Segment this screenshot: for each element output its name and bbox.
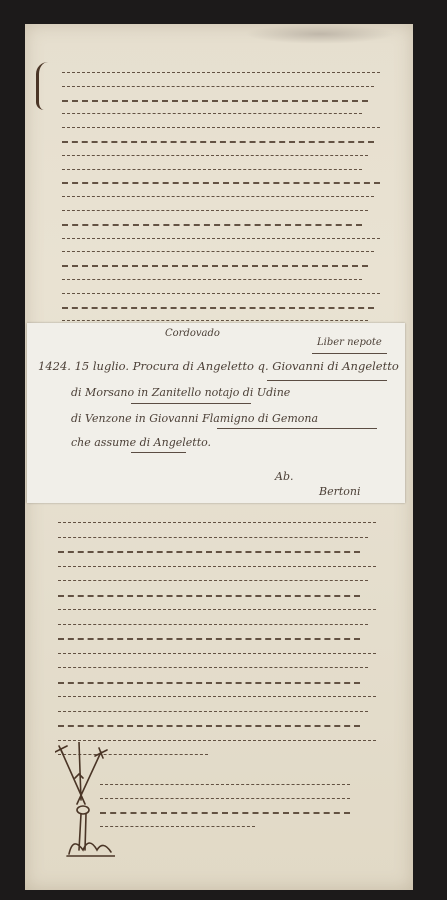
handwriting-line (58, 696, 376, 697)
label-underline-3 (217, 428, 377, 429)
water-stain (245, 24, 395, 44)
handwriting-line (58, 566, 376, 567)
label-top-right-note: Liber nepote (317, 337, 382, 348)
handwriting-line (100, 826, 255, 827)
handwriting-line (58, 522, 376, 523)
handwriting-line (58, 580, 368, 581)
label-signature-1: Ab. (275, 470, 293, 483)
handwriting-line (62, 155, 368, 156)
label-underline-1 (267, 380, 387, 381)
handwriting-line (58, 609, 376, 610)
label-line-3: di Venzone in Giovanni Flamigno di Gemon… (71, 412, 318, 425)
handwriting-line (62, 169, 362, 170)
label-signature-2: Bertoni (319, 485, 361, 498)
label-place-note: Cordovado (165, 328, 220, 339)
label-line-2: di Morsano in Zanitello notajo di Udine (71, 386, 290, 399)
handwriting-line (62, 251, 374, 252)
handwriting-line (62, 307, 374, 309)
handwriting-line (62, 279, 362, 280)
handwriting-line (100, 798, 350, 799)
handwriting-line (58, 711, 368, 712)
handwriting-line (62, 224, 362, 226)
label-line-4: che assume di Angeletto. (71, 436, 211, 449)
archival-label: Cordovado Liber nepote 1424. 15 luglio. … (27, 323, 405, 503)
handwriting-line (58, 551, 360, 553)
handwriting-line (58, 653, 376, 654)
handwriting-line (58, 638, 360, 640)
handwriting-line (58, 740, 376, 741)
label-rule (312, 353, 387, 354)
handwriting-line (62, 141, 374, 143)
handwriting-line (62, 210, 368, 211)
handwriting-line (58, 667, 368, 668)
handwriting-line (58, 537, 368, 538)
handwriting-line (62, 196, 374, 197)
decorated-initial (36, 62, 61, 110)
handwriting-line (100, 784, 350, 785)
label-underline-4 (131, 452, 186, 453)
handwriting-line (62, 86, 374, 87)
handwriting-line (62, 182, 380, 184)
handwriting-line (58, 624, 368, 625)
handwriting-line (62, 238, 380, 239)
notary-signum-icon (55, 742, 115, 867)
handwriting-line (62, 113, 362, 114)
handwriting-line (58, 595, 360, 597)
handwriting-line (62, 72, 380, 73)
handwriting-line (100, 812, 350, 814)
label-line-1: 1424. 15 luglio. Procura di Angeletto q.… (38, 359, 399, 373)
label-underline-2 (131, 403, 251, 404)
handwriting-line (62, 320, 368, 321)
handwriting-line (58, 682, 360, 684)
handwriting-line (62, 100, 368, 102)
handwriting-line (62, 127, 380, 128)
handwriting-line (62, 265, 368, 267)
handwriting-line (62, 293, 380, 294)
handwriting-line (58, 725, 360, 727)
